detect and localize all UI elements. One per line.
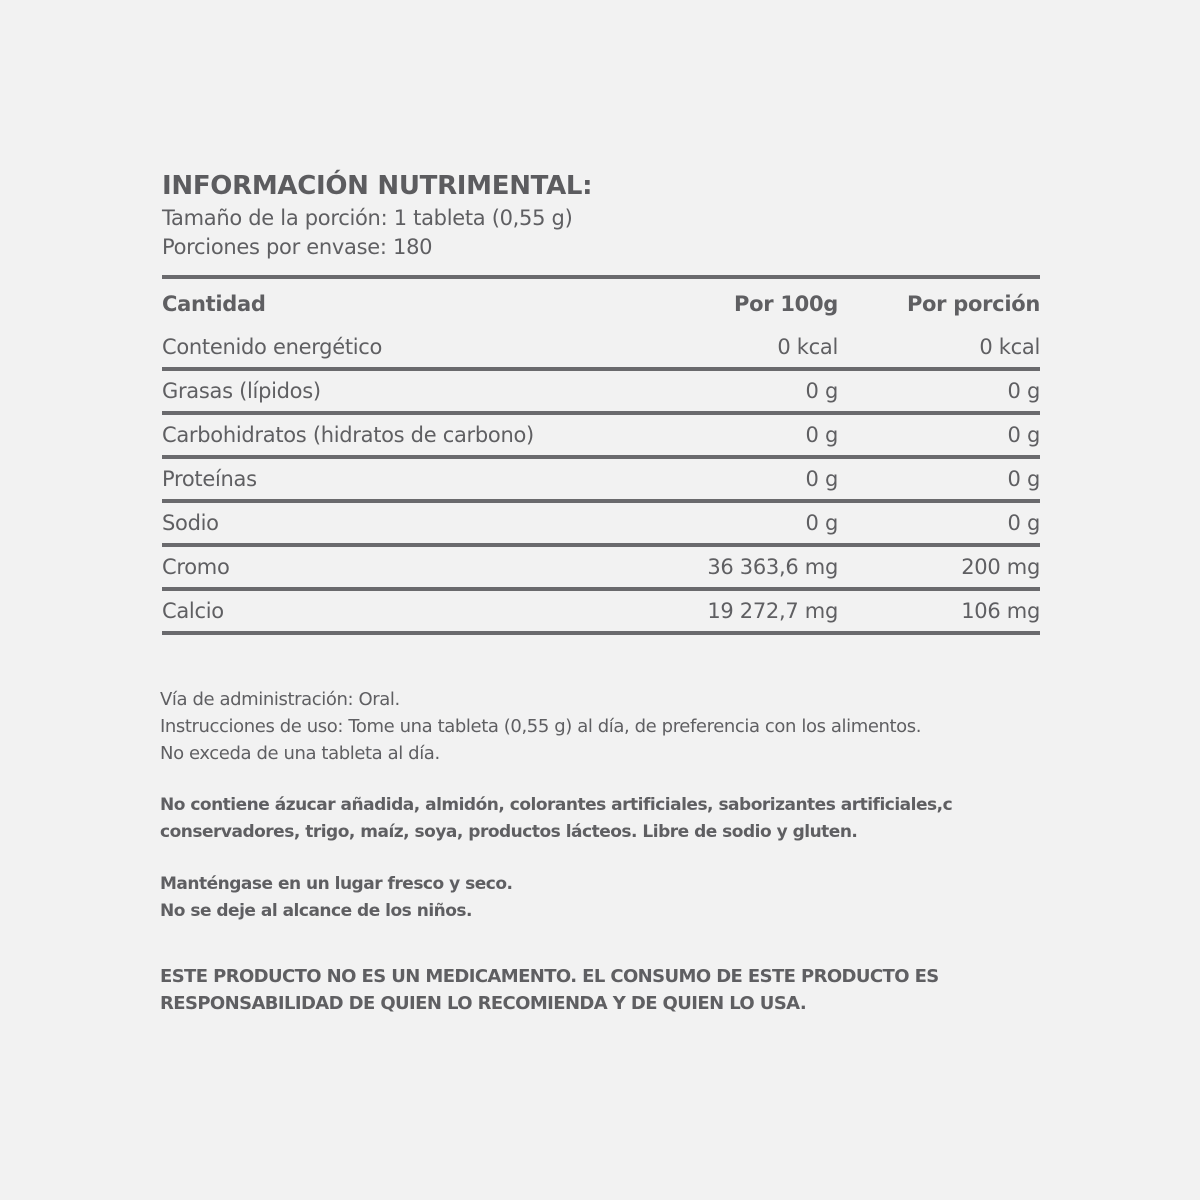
nutrient-name: Proteínas bbox=[162, 467, 538, 491]
nutrient-per-serving: 0 g bbox=[838, 379, 1040, 403]
table-row-carbohydrates: Carbohidratos (hidratos de carbono) 0 g … bbox=[162, 415, 1040, 459]
table-header-row: Cantidad Por 100g Por porción bbox=[162, 279, 1040, 326]
nutrient-per-100g: 0 g bbox=[538, 379, 838, 403]
free-from-line-1: No contiene ázucar añadida, almidón, col… bbox=[160, 792, 1060, 819]
nutrient-per-100g: 0 g bbox=[538, 511, 838, 535]
usage-instructions: Instrucciones de uso: Tome una tableta (… bbox=[160, 713, 1060, 740]
nutrient-per-100g: 19 272,7 mg bbox=[538, 599, 838, 623]
storage-block: Manténgase en un lugar fresco y seco. No… bbox=[160, 871, 1060, 925]
serving-size: Tamaño de la porción: 1 tableta (0,55 g) bbox=[162, 204, 1040, 233]
table-row-proteins: Proteínas 0 g 0 g bbox=[162, 459, 1040, 503]
table-row-calcium: Calcio 19 272,7 mg 106 mg bbox=[162, 591, 1040, 635]
nutrient-per-serving: 200 mg bbox=[838, 555, 1040, 579]
dosage-limit: No exceda de una tableta al día. bbox=[160, 740, 1060, 767]
children-warning: No se deje al alcance de los niños. bbox=[160, 898, 1060, 925]
table-row-fats: Grasas (lípidos) 0 g 0 g bbox=[162, 371, 1040, 415]
free-from-block: No contiene ázucar añadida, almidón, col… bbox=[160, 792, 1060, 846]
nutrient-name: Contenido energético bbox=[162, 335, 538, 359]
usage-instructions-block: Vía de administración: Oral. Instruccion… bbox=[160, 686, 1060, 767]
servings-per-container: Porciones por envase: 180 bbox=[162, 233, 1040, 262]
legal-warning: ESTE PRODUCTO NO ES UN MEDICAMENTO. EL C… bbox=[160, 963, 1060, 1017]
legal-warning-line-2: RESPONSABILIDAD DE QUIEN LO RECOMIENDA Y… bbox=[160, 990, 1060, 1017]
column-header-quantity: Cantidad bbox=[162, 292, 538, 316]
nutrient-per-100g: 0 g bbox=[538, 467, 838, 491]
nutrient-name: Carbohidratos (hidratos de carbono) bbox=[162, 423, 538, 447]
table-row-sodium: Sodio 0 g 0 g bbox=[162, 503, 1040, 547]
nutrient-per-serving: 0 g bbox=[838, 511, 1040, 535]
usage-notes: Vía de administración: Oral. Instruccion… bbox=[160, 686, 1060, 950]
nutrient-per-100g: 36 363,6 mg bbox=[538, 555, 838, 579]
column-header-per-100g: Por 100g bbox=[538, 292, 838, 316]
nutrient-name: Sodio bbox=[162, 511, 538, 535]
storage-instructions: Manténgase en un lugar fresco y seco. bbox=[160, 871, 1060, 898]
nutrient-per-serving: 0 g bbox=[838, 467, 1040, 491]
free-from-line-2: conservadores, trigo, maíz, soya, produc… bbox=[160, 819, 1060, 846]
table-row-chromium: Cromo 36 363,6 mg 200 mg bbox=[162, 547, 1040, 591]
nutrient-per-serving: 106 mg bbox=[838, 599, 1040, 623]
table-row-energy: Contenido energético 0 kcal 0 kcal bbox=[162, 326, 1040, 371]
legal-warning-line-1: ESTE PRODUCTO NO ES UN MEDICAMENTO. EL C… bbox=[160, 963, 1060, 990]
nutrient-name: Calcio bbox=[162, 599, 538, 623]
nutrition-label: INFORMACIÓN NUTRIMENTAL: Tamaño de la po… bbox=[162, 168, 1040, 635]
nutrient-per-100g: 0 kcal bbox=[538, 335, 838, 359]
label-title: INFORMACIÓN NUTRIMENTAL: bbox=[162, 168, 1040, 204]
nutrient-name: Grasas (lípidos) bbox=[162, 379, 538, 403]
nutrition-table: Cantidad Por 100g Por porción Contenido … bbox=[162, 275, 1040, 635]
column-header-per-serving: Por porción bbox=[838, 292, 1040, 316]
nutrient-per-serving: 0 kcal bbox=[838, 335, 1040, 359]
nutrient-per-100g: 0 g bbox=[538, 423, 838, 447]
nutrient-name: Cromo bbox=[162, 555, 538, 579]
administration-route: Vía de administración: Oral. bbox=[160, 686, 1060, 713]
nutrient-per-serving: 0 g bbox=[838, 423, 1040, 447]
